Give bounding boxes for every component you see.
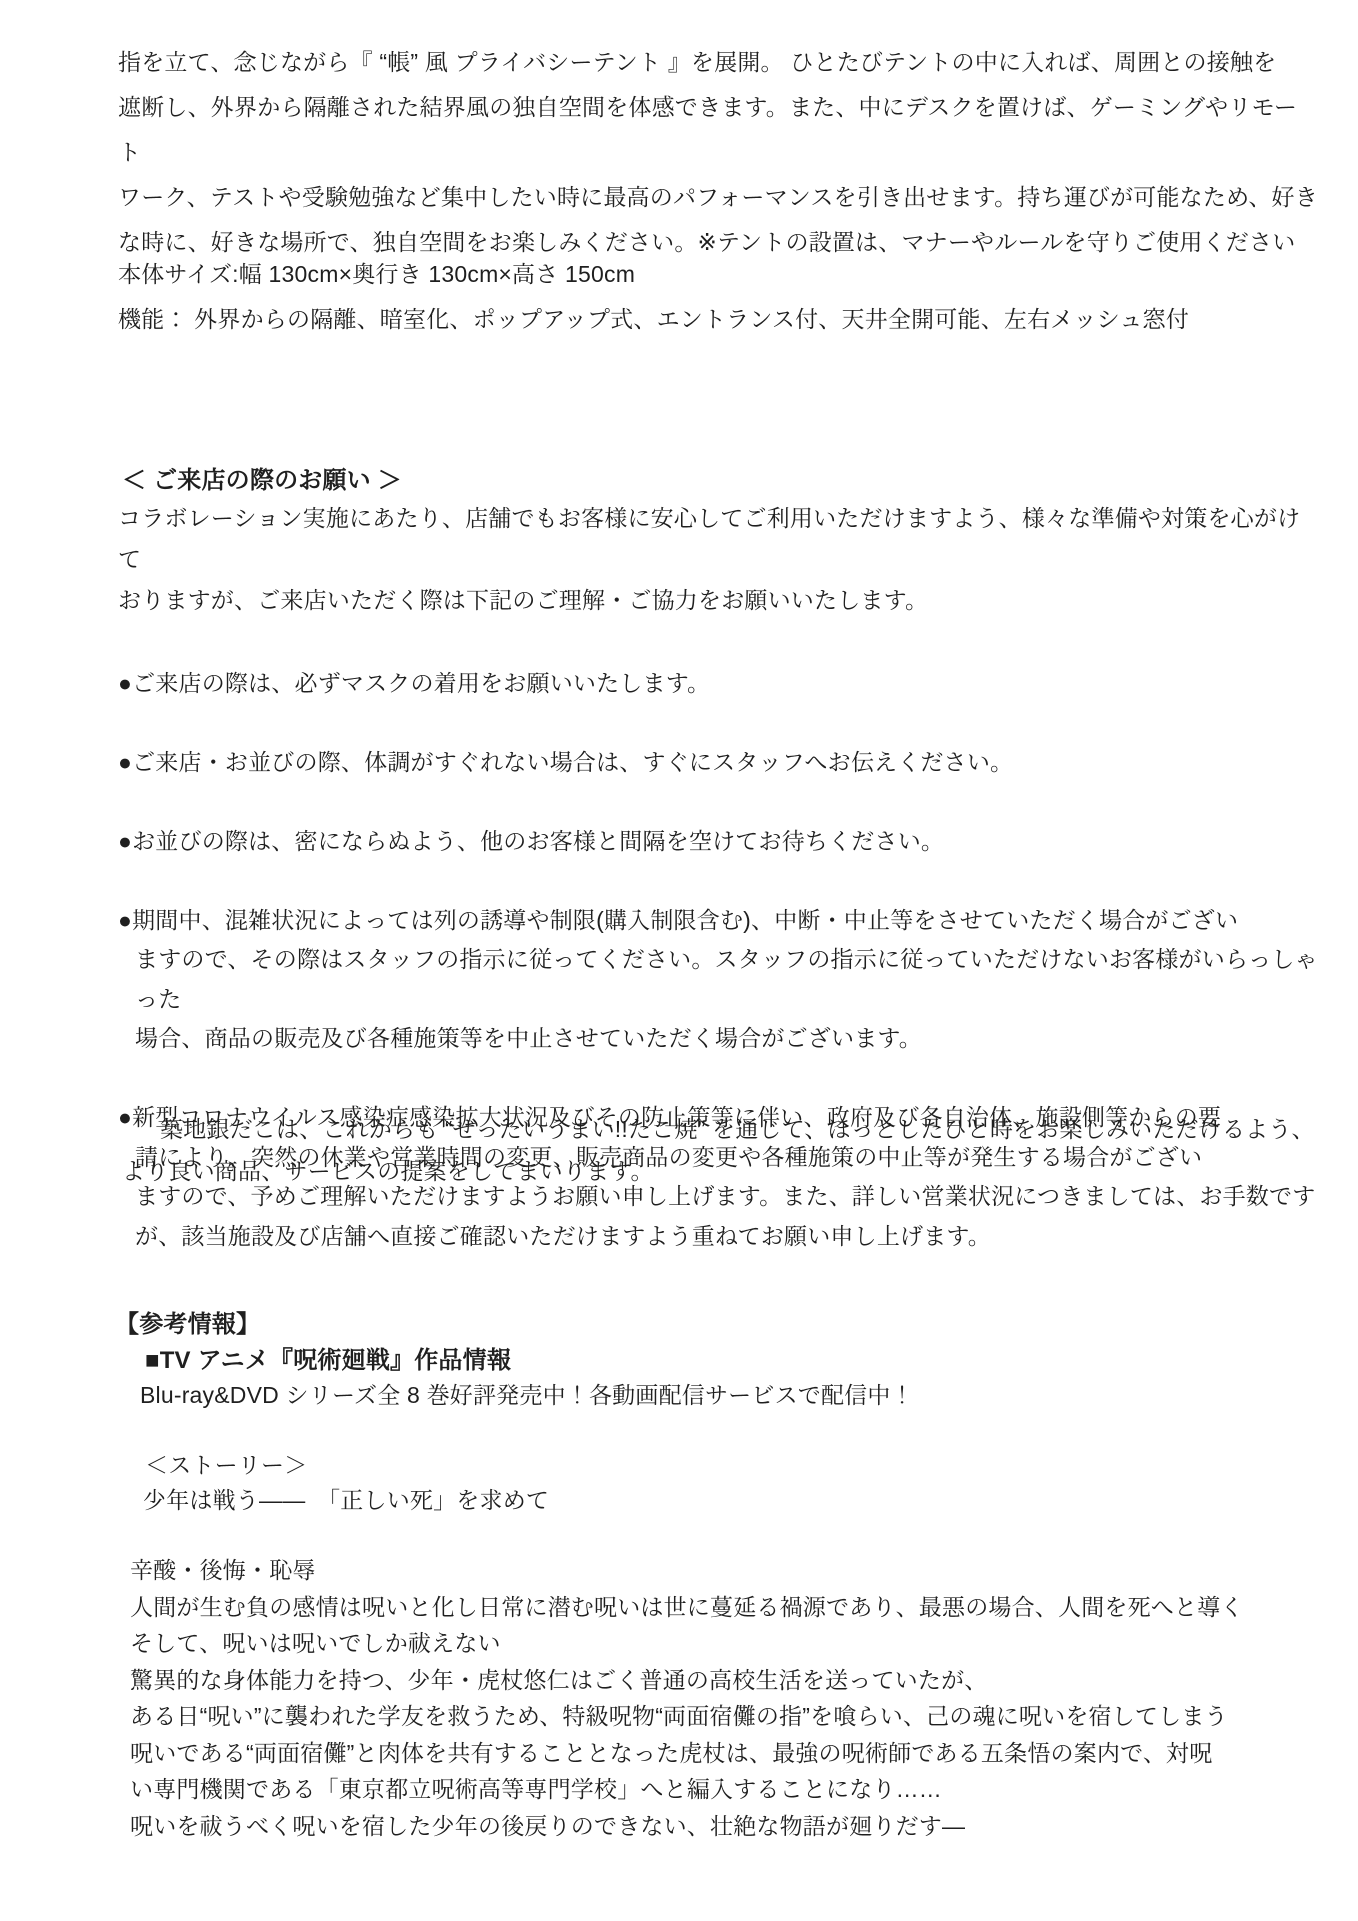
visit-notice-list: ●ご来店の際は、必ずマスクの着用をお願いいたします。 ●ご来店・お並びの際、体調… [118,624,1318,1296]
tent-specs: 本体サイズ:幅 130cm×奥行き 130cm×高さ 150cm 機能： 外界か… [118,252,1318,342]
story-synopsis: 辛酸・後悔・恥辱 人間が生む負の感情は呪いと化し日常に潜む呪いは世に蔓延る禍源で… [130,1552,1330,1844]
story-tagline: 少年は戦う―― 「正しい死」を求めて [143,1483,1343,1517]
visit-request-heading: ＜ ご来店の際のお願い ＞ [122,464,1322,498]
closing-message: 築地銀だこは、これからも “ぜったいうまい!!たこ焼” を通じて、ほっとしたひと… [122,1108,1322,1192]
notice-item-health: ●ご来店・お並びの際、体調がすぐれない場合は、すぐにスタッフへお伝えください。 [118,743,1318,783]
visit-request-intro: コラボレーション実施にあたり、店舗でもお客様に安心してご利用いただけますよう、様… [118,498,1318,621]
reference-info-heading: 【参考情報】 [115,1308,1315,1342]
notice-item-mask: ●ご来店の際は、必ずマスクの着用をお願いいたします。 [118,664,1318,704]
document-page: 指を立て、念じながら『 “帳” 風 プライバシーテント 』を展開。 ひとたびテン… [0,0,1358,1921]
notice-item-queue-control: ●期間中、混雑状況によっては列の誘導や制限(購入制限含む)、中断・中止等をさせて… [118,901,1318,1059]
bluray-release-info: Blu-ray&DVD シリーズ全 8 巻好評発売中！各動画配信サービスで配信中… [140,1378,1340,1412]
tent-description-paragraph: 指を立て、念じながら『 “帳” 風 プライバシーテント 』を展開。 ひとたびテン… [118,40,1318,265]
story-heading: ＜ストーリー＞ [145,1448,1345,1482]
notice-item-distance: ●お並びの際は、密にならぬよう、他のお客様と間隔を空けてお待ちください。 [118,822,1318,862]
work-info-heading: ■TV アニメ『呪術廻戦』作品情報 [145,1344,1345,1378]
